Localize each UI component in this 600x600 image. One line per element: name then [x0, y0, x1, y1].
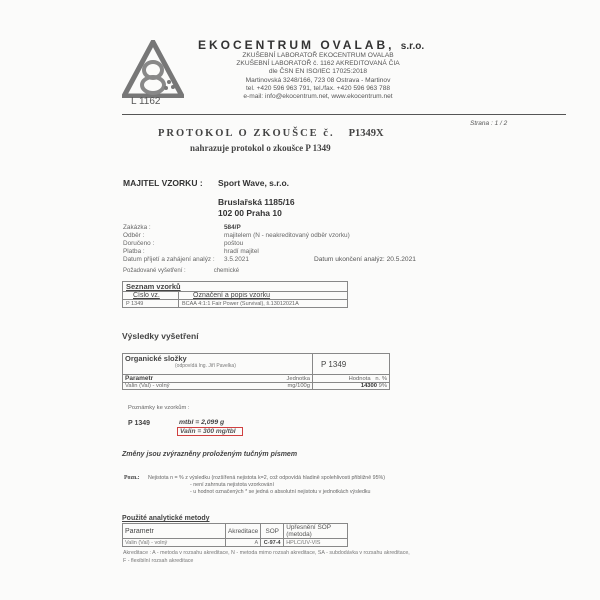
column-header: SOP: [261, 524, 284, 539]
owner-details: Sport Wave, s.r.o. Bruslařská 1185/16 10…: [218, 178, 295, 219]
company-name: EKOCENTRUM OVALAB, s.r.o.: [198, 38, 424, 52]
lab-code: L 1162: [131, 96, 160, 107]
methods-heading: Použité analytické metody: [122, 515, 210, 522]
pozn-text: Nejistota n = % z výsledku (rozšířená ne…: [148, 475, 385, 496]
owner-label: MAJITEL VZORKU :: [123, 178, 203, 188]
results-heading: Výsledky vyšetření: [122, 331, 199, 341]
requested-analysis: Požadované vyšetření :chemické: [123, 268, 239, 274]
column-header: Upřesnění SOP (metoda): [284, 524, 348, 539]
info-row: Platba :hradí majitel: [123, 248, 350, 256]
note-tablet-mass: mtbl = 2,099 g: [179, 419, 224, 426]
info-row: Zakázka :584/P: [123, 224, 350, 232]
table-row: Valin (Val) - volný mg/100g 14300 9%: [123, 383, 390, 390]
accreditation-legend: Akreditace : A - metoda v rozsahu akredi…: [123, 550, 410, 565]
column-header: Parametr: [123, 375, 259, 383]
note-valine-highlight: Valin = 300 mg/tbl: [177, 427, 243, 436]
note-sample-id: P 1349: [128, 420, 150, 427]
owner-name: Sport Wave, s.r.o.: [218, 178, 295, 189]
info-row: Odběr :majitelem (N - neakreditovaný odb…: [123, 232, 350, 240]
samples-caption: Seznam vzorků: [123, 282, 348, 292]
table-row: P 1349 BCAA 4:1:1 Fair Power (Survival),…: [123, 300, 348, 308]
info-row: Doručeno :poštou: [123, 240, 350, 248]
company-suffix: s.r.o.: [401, 41, 424, 52]
methods-table: Parametr Akreditace SOP Upřesnění SOP (m…: [122, 523, 348, 547]
letterhead-line: e-mail: info@ekocentrum.net, www.ekocent…: [198, 93, 438, 102]
protocol-number: P1349X: [349, 128, 384, 139]
sample-id: P 1349: [313, 354, 390, 375]
pozn-label: Pozn.:: [124, 475, 140, 481]
letterhead-line: dle ČSN EN ISO/IEC 17025:2018: [198, 68, 438, 77]
owner-street: Bruslařská 1185/16: [218, 197, 295, 208]
owner-city: 102 00 Praha 10: [218, 208, 295, 219]
triangle-ovalab-logo-icon: [122, 40, 184, 98]
samples-table: Seznam vzorků Číslo vz. Označení a popis…: [122, 281, 348, 308]
notes-heading: Poznámky ke vzorkům :: [128, 405, 190, 411]
column-header: Akreditace: [226, 524, 261, 539]
column-header: Označení a popis vzorku: [179, 292, 348, 300]
column-header: Parametr: [123, 524, 226, 539]
protocol-title: PROTOKOL O ZKOUŠCE č.P1349X: [158, 128, 458, 139]
page-indicator: Strana : 1 / 2: [470, 120, 507, 127]
table-row: Valin (Val) - volný A C-97-4 HPLC/UV-VIS: [123, 539, 348, 547]
header-divider: [122, 114, 566, 115]
responsible-person: (odpovídá Ing. Jiří Pavelka): [125, 363, 310, 369]
column-header: Jednotka: [258, 375, 313, 383]
column-header: Číslo vz.: [123, 292, 179, 300]
end-date: Datum ukončení analýz: 20.5.2021: [314, 256, 416, 263]
protocol-subtitle: nahrazuje protokol o zkoušce P 1349: [190, 143, 331, 153]
changes-note: Změny jsou zvýrazněny proloženým tučným …: [122, 451, 297, 458]
column-header: Hodnota n. %: [313, 375, 390, 383]
group-name: Organické složky: [125, 354, 310, 363]
results-table: Organické složky (odpovídá Ing. Jiří Pav…: [122, 353, 390, 390]
